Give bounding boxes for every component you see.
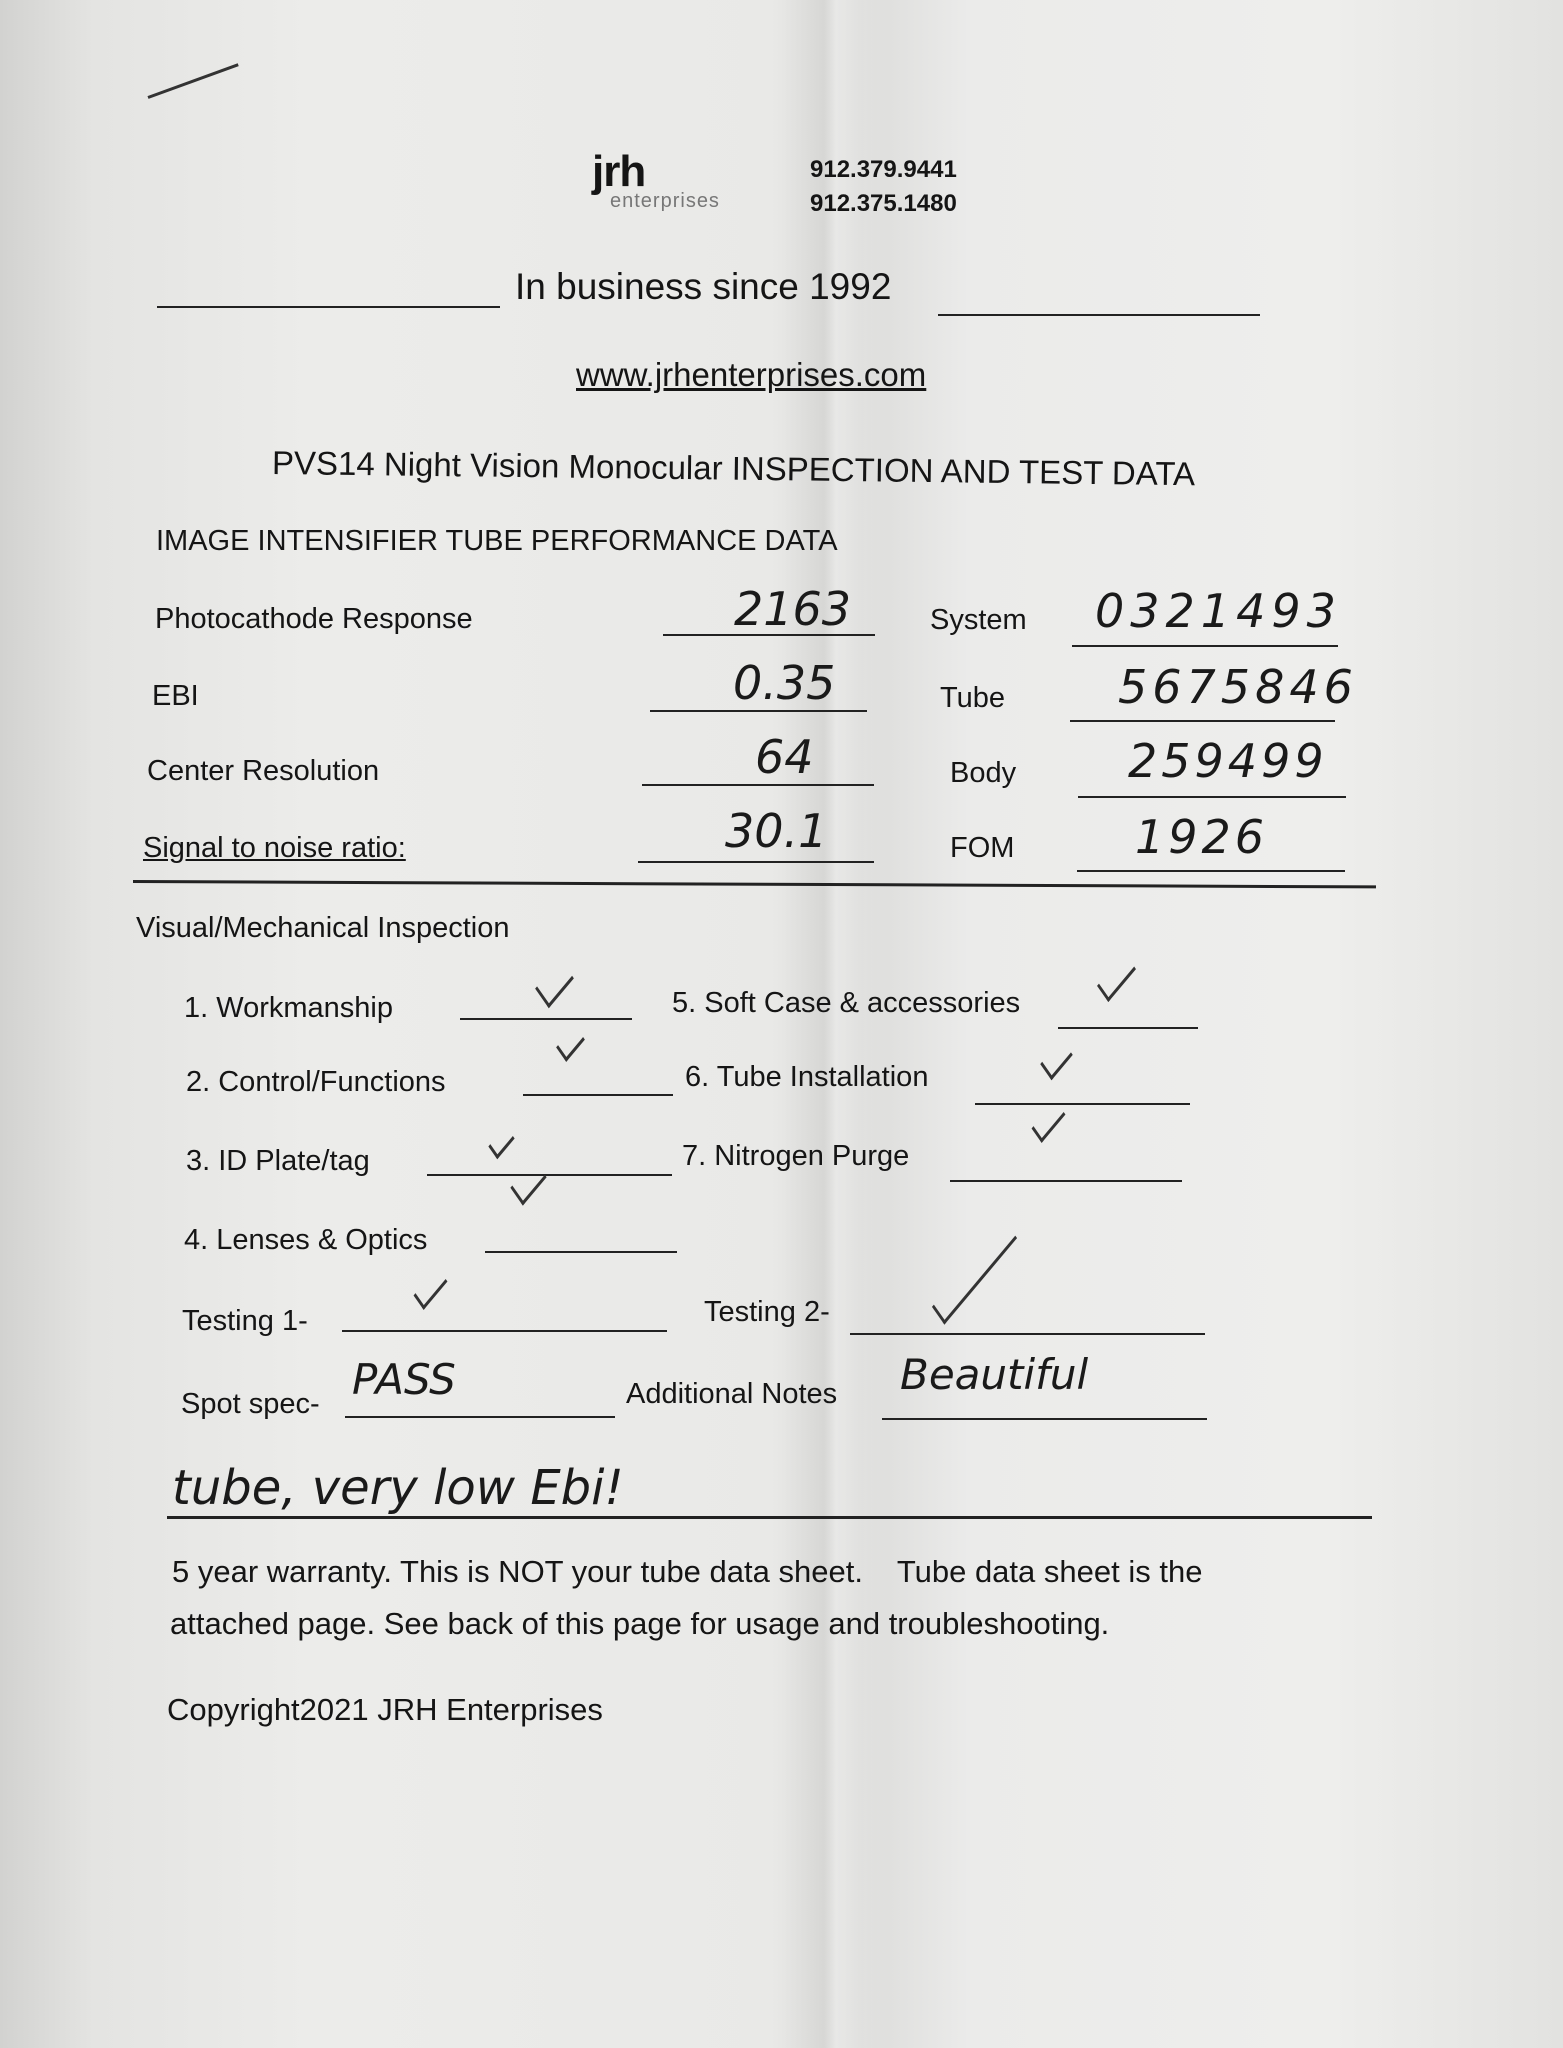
line xyxy=(167,1516,1372,1519)
spot-spec-value: PASS xyxy=(352,1355,456,1404)
notes-label: Additional Notes xyxy=(626,1378,837,1411)
value-center-resolution: 64 xyxy=(755,730,814,784)
value-system: 0321493 xyxy=(1095,584,1342,638)
value-ebi: 0.35 xyxy=(733,656,835,710)
line xyxy=(342,1330,667,1332)
label-system: System xyxy=(930,604,1027,637)
label-ebi: EBI xyxy=(152,680,199,713)
line xyxy=(345,1416,615,1418)
check-icon xyxy=(1032,1100,1066,1143)
performance-section-title: IMAGE INTENSIFIER TUBE PERFORMANCE DATA xyxy=(156,525,838,558)
notes-value-line1: Beautiful xyxy=(900,1350,1088,1399)
check-icon xyxy=(932,1220,1017,1324)
item-lenses-optics: 4. Lenses & Optics xyxy=(184,1224,427,1257)
section-divider xyxy=(133,880,1376,888)
check-icon xyxy=(488,1126,514,1159)
label-center-resolution: Center Resolution xyxy=(147,755,379,788)
warranty-line-1: 5 year warranty. This is NOT your tube d… xyxy=(172,1546,1202,1598)
check-icon xyxy=(535,959,574,1008)
line xyxy=(1078,796,1346,798)
notes-value-line2: tube, very low Ebi! xyxy=(172,1460,624,1516)
tagline: In business since 1992 xyxy=(515,266,891,308)
line xyxy=(1077,870,1345,872)
phone-1: 912.379.9441 xyxy=(810,156,957,184)
document-title: PVS14 Night Vision Monocular INSPECTION … xyxy=(272,444,1196,493)
value-photocathode: 2163 xyxy=(734,582,851,636)
label-snr: Signal to noise ratio: xyxy=(143,832,406,865)
check-icon xyxy=(510,1159,546,1205)
check-icon xyxy=(1097,953,1136,1002)
check-icon xyxy=(414,1267,448,1310)
copyright: Copyright2021 JRH Enterprises xyxy=(167,1684,603,1736)
warranty-line-2: attached page. See back of this page for… xyxy=(170,1598,1109,1650)
line xyxy=(460,1018,632,1020)
line xyxy=(638,861,874,863)
line xyxy=(650,710,867,712)
item-soft-case: 5. Soft Case & accessories xyxy=(672,987,1020,1020)
logo-enterprises: enterprises xyxy=(610,190,720,213)
testing1-label: Testing 1- xyxy=(182,1305,308,1338)
line xyxy=(882,1418,1207,1420)
value-snr: 30.1 xyxy=(725,804,827,858)
line xyxy=(427,1174,672,1176)
logo-jrh: jrh xyxy=(592,150,645,194)
pen-mark xyxy=(147,63,238,99)
value-fom: 1926 xyxy=(1135,810,1268,864)
testing2-label: Testing 2- xyxy=(704,1296,830,1329)
label-photocathode: Photocathode Response xyxy=(155,603,473,636)
label-body: Body xyxy=(950,757,1016,790)
line xyxy=(663,634,875,636)
check-icon xyxy=(1040,1039,1072,1080)
rule-left xyxy=(157,306,500,308)
line xyxy=(850,1333,1205,1335)
line xyxy=(523,1094,673,1096)
label-fom: FOM xyxy=(950,832,1014,865)
line xyxy=(1072,645,1338,647)
item-id-plate: 3. ID Plate/tag xyxy=(186,1145,370,1178)
value-tube: 5675846 xyxy=(1118,660,1358,714)
spot-spec-label: Spot spec- xyxy=(181,1388,320,1421)
line xyxy=(642,784,874,786)
line xyxy=(1070,720,1335,722)
label-tube: Tube xyxy=(940,682,1005,715)
phone-2: 912.375.1480 xyxy=(810,190,957,218)
line xyxy=(485,1251,677,1253)
check-icon xyxy=(556,1025,585,1062)
line xyxy=(950,1180,1182,1182)
item-control-functions: 2. Control/Functions xyxy=(186,1066,446,1099)
item-nitrogen-purge: 7. Nitrogen Purge xyxy=(682,1140,909,1173)
item-workmanship: 1. Workmanship xyxy=(184,992,393,1025)
item-tube-installation: 6. Tube Installation xyxy=(685,1061,928,1094)
inspection-section-title: Visual/Mechanical Inspection xyxy=(136,912,509,945)
rule-right xyxy=(938,314,1260,316)
value-body: 259499 xyxy=(1128,734,1328,788)
website-link[interactable]: www.jrhenterprises.com xyxy=(576,356,926,394)
line xyxy=(975,1103,1190,1105)
line xyxy=(1058,1027,1198,1029)
